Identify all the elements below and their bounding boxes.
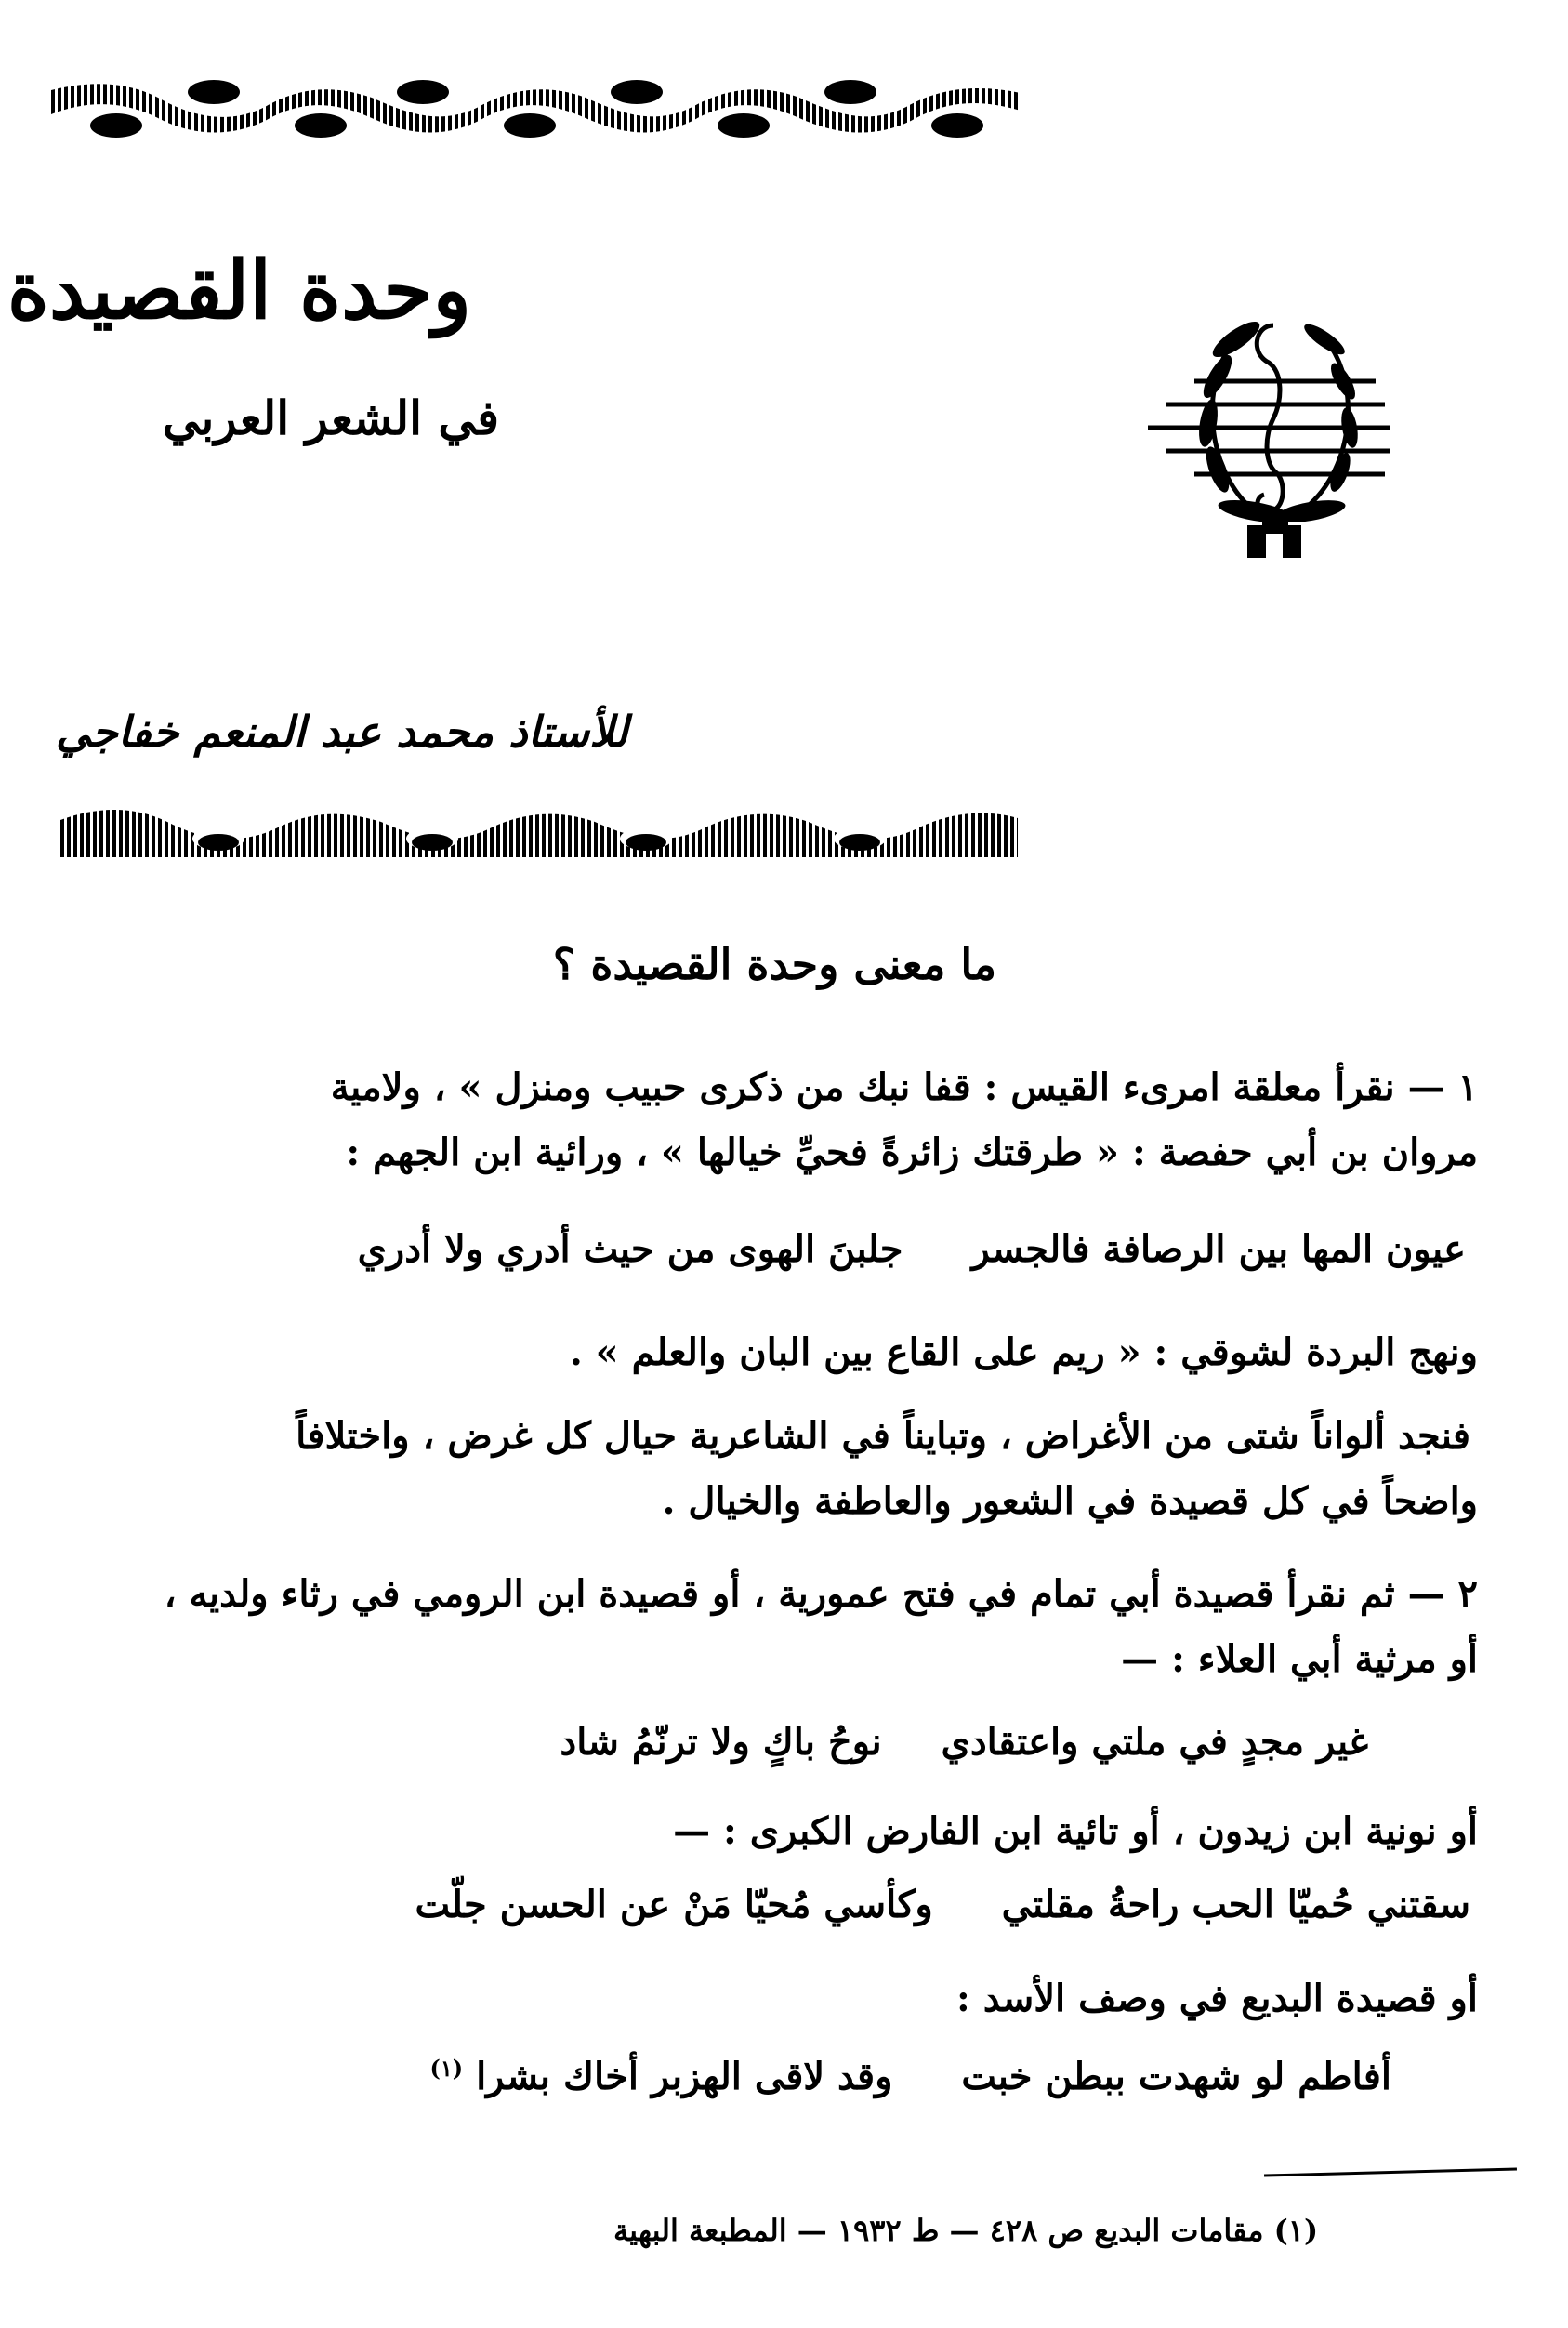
footnote: (١) مقامات البديع ص ٤٢٨ — ط ١٩٣٢ — المطب… bbox=[613, 2213, 1318, 2248]
verse-2: غير مجدٍ في ملتي واعتقادي نوحُ باكٍ ولا … bbox=[560, 1720, 1368, 1764]
verse-2-first-hemistich: غير مجدٍ في ملتي واعتقادي bbox=[942, 1720, 1368, 1764]
section-heading-text: ما معنى وحدة القصيدة ؟ bbox=[553, 939, 996, 989]
article-title: وحدة القصيدة bbox=[7, 244, 471, 337]
paragraph-2-line-2: واضحاً في كل قصيدة في الشعور والعاطفة وا… bbox=[74, 1469, 1478, 1534]
verse-1-first-hemistich: عيون المها بين الرصافة فالجسر bbox=[971, 1227, 1466, 1271]
paragraph-1-line-1: ١ — نقرأ معلقة امرىء القيس : قفا نبك من … bbox=[74, 1055, 1478, 1120]
paragraph-1-line-2: مروان بن أبي حفصة : « طرقتك زائرةً فحيِّ… bbox=[74, 1120, 1478, 1185]
wave-border-icon bbox=[60, 801, 1018, 863]
verse-2-second-hemistich: نوحُ باكٍ ولا ترنّمُ شاد bbox=[560, 1720, 881, 1764]
verse-4-first-hemistich: أفاطم لو شهدت ببطن خبت bbox=[961, 2055, 1391, 2098]
divider-wave-border bbox=[60, 801, 1018, 863]
verse-3-first-hemistich: سقتني حُميّا الحب راحةُ مقلتي bbox=[1002, 1883, 1470, 1926]
verse-4: أفاطم لو شهدت ببطن خبت وقد لاقى الهزبر أ… bbox=[430, 2055, 1391, 2098]
verse-1-second-hemistich: جلبنَ الهوى من حيث أدري ولا أدري bbox=[358, 1227, 903, 1271]
article-subtitle: في الشعر العربي bbox=[163, 390, 499, 445]
section-heading: ما معنى وحدة القصيدة ؟ bbox=[0, 939, 1568, 989]
paragraph-2-line-1: فنجد ألواناً شتى من الأغراض ، وتبايناً ف… bbox=[86, 1404, 1470, 1469]
verse-3-second-hemistich: وكأسي مُحيّا مَنْ عن الحسن جلّت bbox=[415, 1883, 932, 1926]
paragraph-3-line-3: أو نونية ابن زيدون ، أو تائية ابن الفارض… bbox=[74, 1799, 1478, 1864]
verse-1: عيون المها بين الرصافة فالجسر جلبنَ الهو… bbox=[358, 1227, 1466, 1271]
footnote-separator bbox=[1264, 2167, 1517, 2176]
wave-border-icon bbox=[51, 79, 1021, 140]
paragraph-3-line-2: أو مرثية أبي العلاء : — bbox=[74, 1627, 1478, 1692]
paragraph-3-line-1: ٢ — ثم نقرأ قصيدة أبي تمام في فتح عمورية… bbox=[74, 1562, 1478, 1627]
footnote-reference: (١) bbox=[430, 2055, 464, 2082]
paragraph-3-line-4: أو قصيدة البديع في وصف الأسد : bbox=[74, 1966, 1478, 2031]
author-byline: للأستاذ محمد عبد المنعم خفاجي bbox=[56, 707, 628, 757]
paragraph-1-line-3: ونهج البردة لشوقي : « ريم على القاع بين … bbox=[74, 1320, 1478, 1385]
verse-3: سقتني حُميّا الحب راحةُ مقلتي وكأسي مُحي… bbox=[415, 1883, 1470, 1926]
laurel-lyre-emblem-icon bbox=[1143, 288, 1403, 567]
top-wave-border bbox=[51, 79, 1021, 140]
verse-4-second-hemistich: وقد لاقى الهزبر أخاك بشرا bbox=[476, 2055, 892, 2098]
